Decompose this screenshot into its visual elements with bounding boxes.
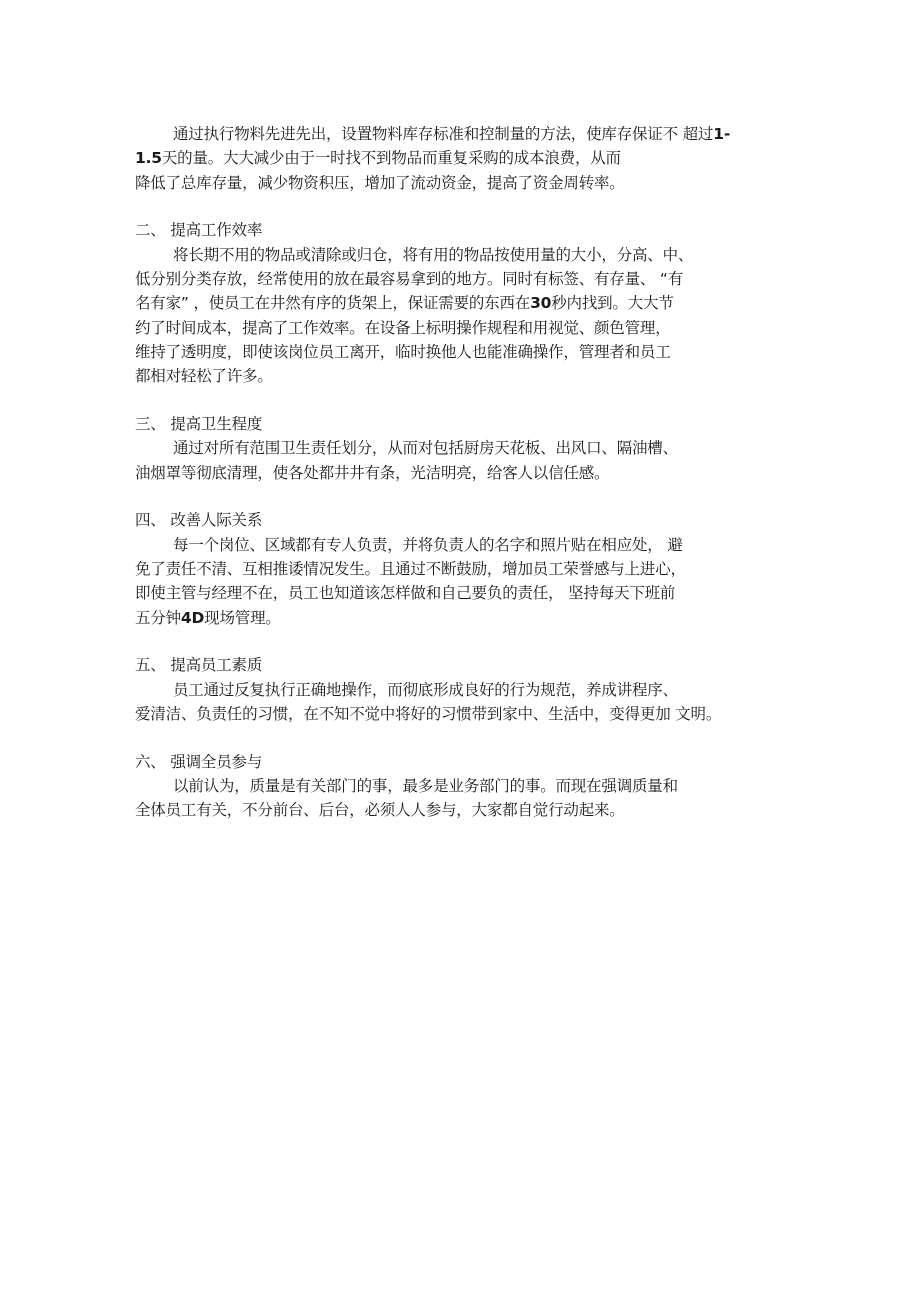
paragraph-line: 低分别分类存放，经常使用的放在最容易拿到的地方。同时有标签、有存量、 “有 bbox=[135, 267, 775, 291]
paragraph-line: 爱清洁、负责任的习惯，在不知不觉中将好的习惯带到家中、生活中，变得更加 文明。 bbox=[135, 702, 775, 726]
paragraph-line: 约了时间成本，提高了工作效率。在设备上标明操作规程和用视觉、颜色管理， bbox=[135, 316, 775, 340]
intro-paragraph: 通过执行物料先进先出，设置物料库存标准和控制量的方法，使库存保证不 超过1- 1… bbox=[135, 122, 775, 195]
section-full-participation: 六、 强调全员参与 以前认为，质量是有关部门的事，最多是业务部门的事。而现在强调… bbox=[135, 750, 775, 823]
paragraph-line: 通过执行物料先进先出，设置物料库存标准和控制量的方法，使库存保证不 超过1- bbox=[135, 122, 775, 146]
paragraph-line: 即使主管与经理不在，员工也知道该怎样做和自己要负的责任， 坚持每天下班前 bbox=[135, 581, 775, 605]
paragraph-line: 维持了透明度，即使该岗位员工离开，临时换他人也能准确操作，管理者和员工 bbox=[135, 340, 775, 364]
section-heading: 六、 强调全员参与 bbox=[135, 750, 775, 774]
section-staff-quality: 五、 提高员工素质 员工通过反复执行正确地操作，而彻底形成良好的行为规范，养成讲… bbox=[135, 653, 775, 726]
section-work-efficiency: 二、 提高工作效率 将长期不用的物品或清除或归仓，将有用的物品按使用量的大小，分… bbox=[135, 218, 775, 388]
paragraph-line: 免了责任不清、互相推诿情况发生。且通过不断鼓励，增加员工荣誉感与上进心， bbox=[135, 557, 775, 581]
paragraph-line: 将长期不用的物品或清除或归仓，将有用的物品按使用量的大小，分高、中、 bbox=[135, 243, 775, 267]
paragraph-line: 降低了总库存量，减少物资积压，增加了流动资金，提高了资金周转率。 bbox=[135, 171, 775, 195]
paragraph-line: 每一个岗位、区域都有专人负责，并将负责人的名字和照片贴在相应处， 避 bbox=[135, 533, 775, 557]
paragraph-line: 都相对轻松了许多。 bbox=[135, 364, 775, 388]
paragraph-line: 全体员工有关，不分前台、后台，必须人人参与，大家都自觉行动起来。 bbox=[135, 798, 775, 822]
section-heading: 二、 提高工作效率 bbox=[135, 218, 775, 242]
paragraph-line: 1.5天的量。大大减少由于一时找不到物品而重复采购的成本浪费，从而 bbox=[135, 146, 775, 170]
paragraph-line: 通过对所有范围卫生责任划分，从而对包括厨房天花板、出风口、隔油槽、 bbox=[135, 436, 775, 460]
paragraph-line: 油烟罩等彻底清理，使各处都井井有条，光洁明亮，给客人以信任感。 bbox=[135, 461, 775, 485]
section-relationships: 四、 改善人际关系 每一个岗位、区域都有专人负责，并将负责人的名字和照片贴在相应… bbox=[135, 508, 775, 629]
section-heading: 三、 提高卫生程度 bbox=[135, 412, 775, 436]
section-heading: 五、 提高员工素质 bbox=[135, 653, 775, 677]
paragraph-line: 以前认为，质量是有关部门的事，最多是业务部门的事。而现在强调质量和 bbox=[135, 774, 775, 798]
paragraph-line: 员工通过反复执行正确地操作，而彻底形成良好的行为规范，养成讲程序、 bbox=[135, 678, 775, 702]
section-heading: 四、 改善人际关系 bbox=[135, 508, 775, 532]
paragraph-line: 五分钟4D现场管理。 bbox=[135, 606, 775, 630]
paragraph-line: 名有家” ，使员工在井然有序的货架上，保证需要的东西在30秒内找到。大大节 bbox=[135, 291, 775, 315]
section-hygiene: 三、 提高卫生程度 通过对所有范围卫生责任划分，从而对包括厨房天花板、出风口、隔… bbox=[135, 412, 775, 485]
document-page: 通过执行物料先进先出，设置物料库存标准和控制量的方法，使库存保证不 超过1- 1… bbox=[135, 122, 775, 823]
